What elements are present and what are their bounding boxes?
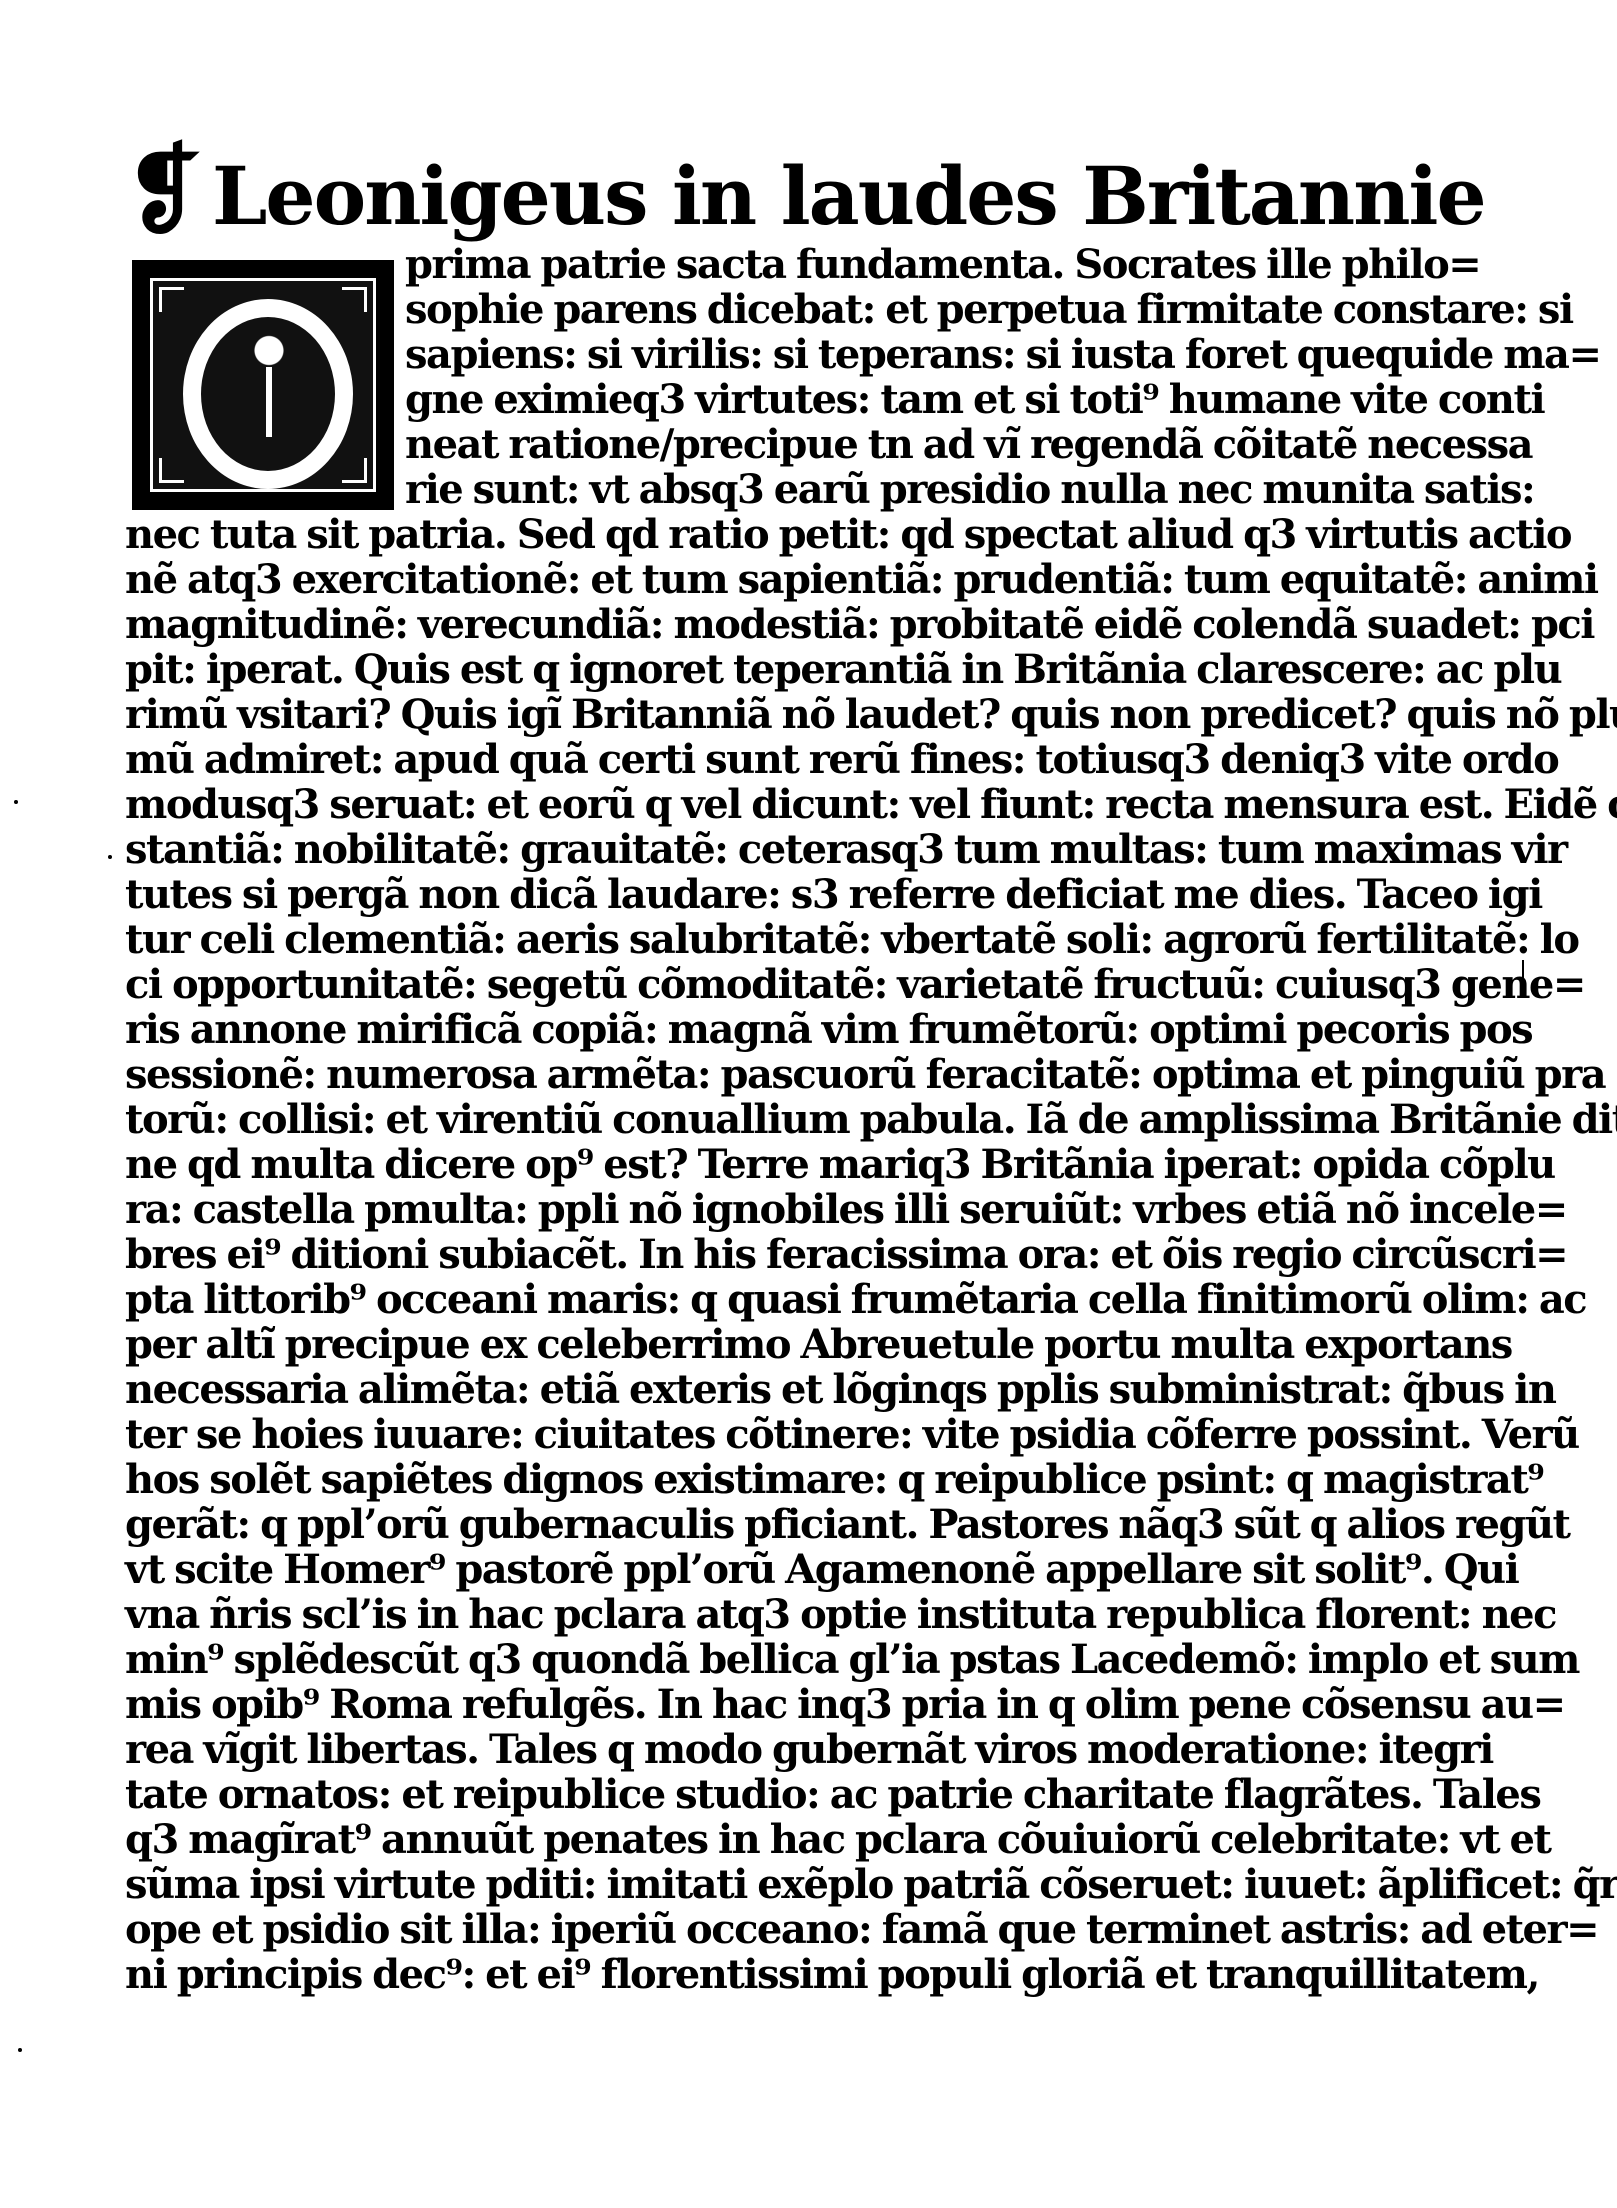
- text-line: rea vĩgit libertas. Tales q modo gubern…: [125, 1727, 1480, 1772]
- text-line: nẽ atq3 exercitationẽ: et tum sapienti…: [125, 557, 1480, 602]
- corner-ornament-icon: [342, 458, 367, 483]
- text-line: ne qd multa dicere op⁹ est? Terre mariq3…: [125, 1142, 1480, 1187]
- text-line: q3 magĩrat⁹ annuũt penates in hac pcla…: [125, 1817, 1480, 1862]
- text-line: mis opib⁹ Roma refulgẽs. In hac inq3 pr…: [125, 1682, 1480, 1727]
- text-line: min⁹ splẽdescũt q3 quondã bellica gl’…: [125, 1637, 1480, 1682]
- text-line: sophie parens dicebat: et perpetua firmi…: [405, 287, 1480, 332]
- text-line: stantiã: nobilitatẽ: grauitatẽ: ceter…: [125, 827, 1480, 872]
- text-line: hos solẽt sapiẽtes dignos existimare: …: [125, 1457, 1480, 1502]
- text-line: ni principis dec⁹: et ei⁹ florentissimi …: [125, 1952, 1480, 1997]
- corner-ornament-icon: [159, 287, 184, 312]
- scan-speck: [108, 855, 112, 859]
- text-line: vna ñris scl’is in hac pclara atq3 opti…: [125, 1592, 1480, 1637]
- text-line: tur celi clementiã: aeris salubritatẽ:…: [125, 917, 1480, 962]
- text-line: neat ratione/precipue tn ad vĩ regendã…: [405, 422, 1480, 467]
- text-line: pta littorib⁹ occeani maris: q quasi fru…: [125, 1277, 1480, 1322]
- woodcut-initial-o-icon: [132, 260, 394, 510]
- text-line: sũma ipsi virtute pditi: imitati exẽpl…: [125, 1862, 1480, 1907]
- corner-ornament-icon: [159, 458, 184, 483]
- scan-speck: [1522, 960, 1524, 990]
- text-line: mũ admiret: apud quã certi sunt rerũ …: [125, 737, 1480, 782]
- page-title: Leonigeus in laudes Britannie: [212, 156, 1485, 236]
- text-line: tate ornatos: et reipublice studio: ac p…: [125, 1772, 1480, 1817]
- text-line: torũ: collisi: et virentiũ conuallium …: [125, 1097, 1480, 1142]
- text-line: ter se hoies iuuare: ciuitates cõtinere…: [125, 1412, 1480, 1457]
- body-text: prima patrie sacta fundamenta. Socrates …: [125, 242, 1480, 1997]
- text-line: nec tuta sit patria. Sed qd ratio petit:…: [125, 512, 1480, 557]
- text-line: vt scite Homer⁹ pastorẽ ppl’orũ Agamen…: [125, 1547, 1480, 1592]
- text-line: ci opportunitatẽ: segetũ cõmoditatẽ:…: [125, 962, 1480, 1007]
- text-line: rimũ vsitari? Quis igĩ Britanniã nõ …: [125, 692, 1480, 737]
- text-line: prima patrie sacta fundamenta. Socrates …: [405, 242, 1480, 287]
- text-line: rie sunt: vt absq3 earũ presidio nulla …: [405, 467, 1480, 512]
- pilcrow-icon: ❡: [125, 142, 198, 239]
- saint-figure-icon: [243, 331, 295, 461]
- text-line: gne eximieq3 virtutes: tam et si toti⁹ h…: [405, 377, 1480, 422]
- text-line: sessionẽ: numerosa armẽta: pascuorũ f…: [125, 1052, 1480, 1097]
- corner-ornament-icon: [342, 287, 367, 312]
- text-line: bres ei⁹ ditioni subiacẽt. In his ferac…: [125, 1232, 1480, 1277]
- scan-speck: [18, 2048, 22, 2052]
- text-line: pit: iperat. Quis est q ignoret teperant…: [125, 647, 1480, 692]
- text-line: tutes si pergã non dicã laudare: s3 re…: [125, 872, 1480, 917]
- initial-frame: [150, 278, 376, 492]
- text-line: sapiens: si virilis: si teperans: si ius…: [405, 332, 1480, 377]
- text-line: necessaria alimẽta: etiã exteris et lo…: [125, 1367, 1480, 1412]
- text-line: ope et psidio sit illa: iperiũ occeano:…: [125, 1907, 1480, 1952]
- text-line: gerãt: q ppl’orũ gubernaculis pficiant…: [125, 1502, 1480, 1547]
- text-line: modusq3 seruat: et eorũ q vel dicunt: v…: [125, 782, 1480, 827]
- printed-page: ❡ Leonigeus in laudes Britannie prima pa…: [125, 138, 1480, 1997]
- scan-speck: [14, 800, 18, 804]
- text-line: ra: castella pmulta: ppli nõ ignobiles …: [125, 1187, 1480, 1232]
- text-line: per altĩ precipue ex celeberrimo Abreue…: [125, 1322, 1480, 1367]
- title-row: ❡ Leonigeus in laudes Britannie: [125, 138, 1480, 236]
- text-line: ris annone mirificã copiã: magnã vim …: [125, 1007, 1480, 1052]
- text-line: magnitudinẽ: verecundiã: modestiã: pr…: [125, 602, 1480, 647]
